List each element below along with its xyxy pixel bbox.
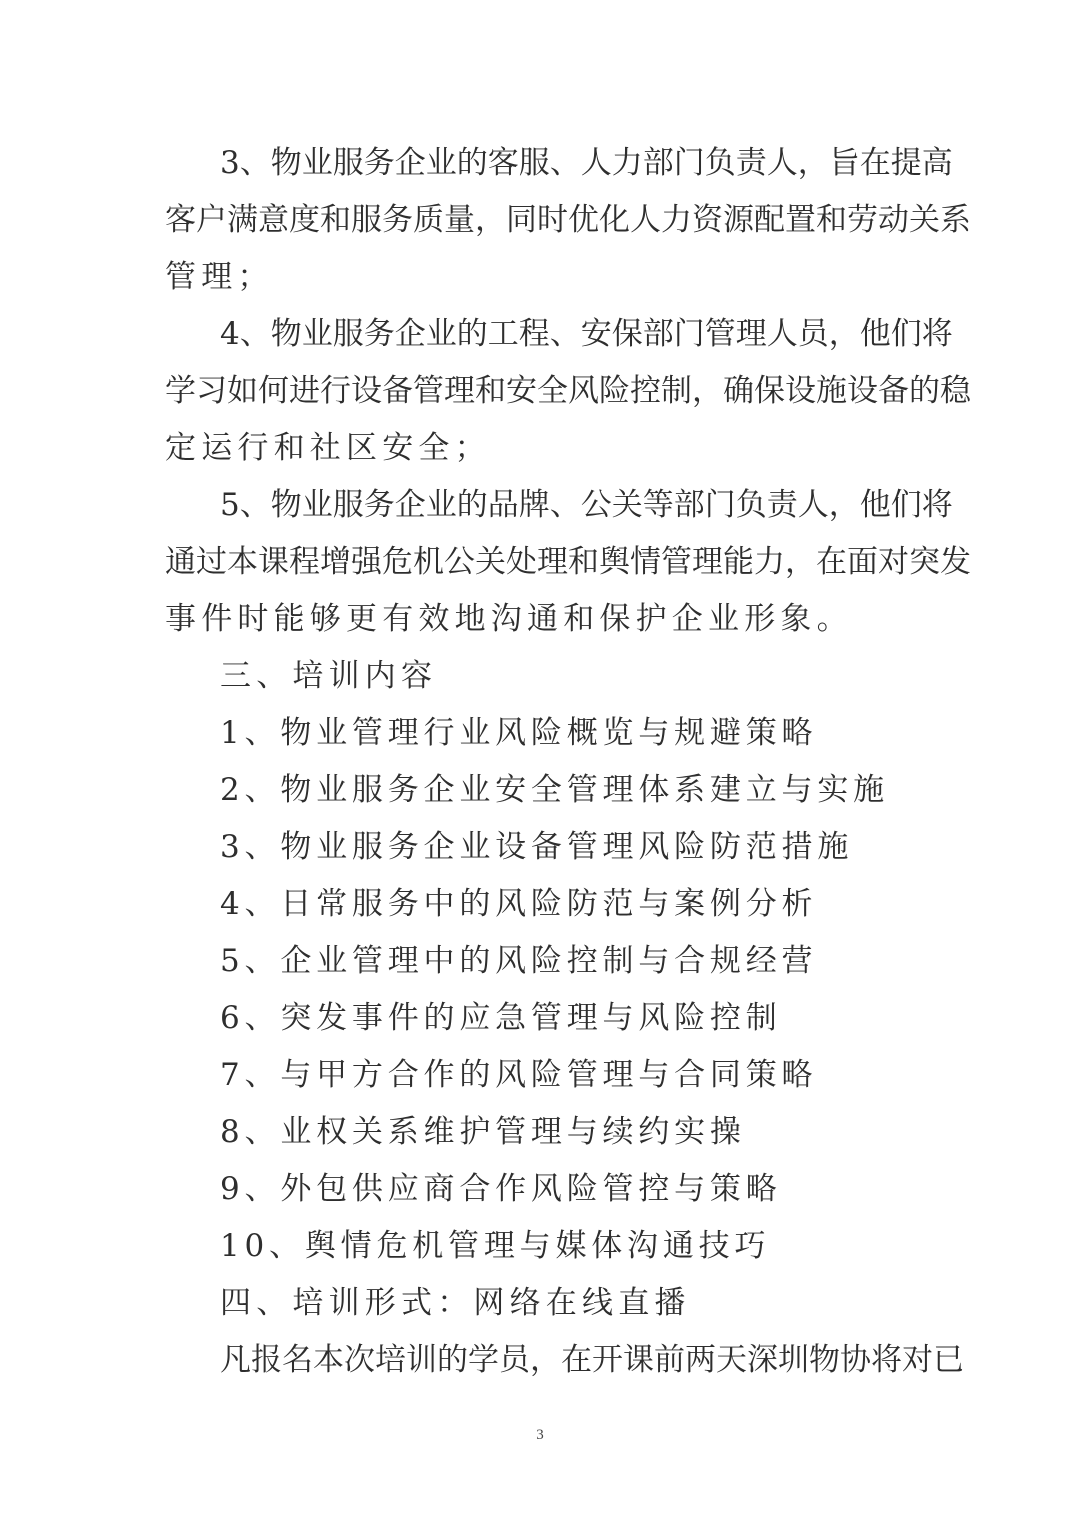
paragraph-5-line-3: 事件时能够更有效地沟通和保护企业形象。 xyxy=(165,599,917,639)
paragraph-4-line-2: 学习如何进行设备管理和安全风险控制，确保设施设备的稳 xyxy=(165,371,915,411)
document-page: 3、物业服务企业的客服、人力部门负责人，旨在提高 客户满意度和服务质量，同时优化… xyxy=(0,0,1080,1527)
page-number: 3 xyxy=(0,1427,1080,1444)
section-four-heading: 四、培训形式：网络在线直播 xyxy=(220,1283,972,1323)
paragraph-3-line-1: 3、物业服务企业的客服、人力部门负责人，旨在提高 xyxy=(220,143,915,183)
training-item-5: 5、企业管理中的风险控制与合规经营 xyxy=(220,941,972,981)
training-item-7: 7、与甲方合作的风险管理与合同策略 xyxy=(220,1055,972,1095)
training-item-4: 4、日常服务中的风险防范与案例分析 xyxy=(220,884,972,924)
training-item-1: 1、物业管理行业风险概览与规避策略 xyxy=(220,713,972,753)
section-four-body-line: 凡报名本次培训的学员，在开课前两天深圳物协将对已 xyxy=(220,1340,915,1380)
paragraph-3-line-3: 管理； xyxy=(165,257,917,297)
training-item-2: 2、物业服务企业安全管理体系建立与实施 xyxy=(220,770,972,810)
training-item-6: 6、突发事件的应急管理与风险控制 xyxy=(220,998,972,1038)
training-item-3: 3、物业服务企业设备管理风险防范措施 xyxy=(220,827,972,867)
paragraph-4-line-1: 4、物业服务企业的工程、安保部门管理人员，他们将 xyxy=(220,314,915,354)
training-item-9: 9、外包供应商合作风险管控与策略 xyxy=(220,1169,972,1209)
paragraph-3-line-2: 客户满意度和服务质量，同时优化人力资源配置和劳动关系 xyxy=(165,200,915,240)
paragraph-5-line-2: 通过本课程增强危机公关处理和舆情管理能力，在面对突发 xyxy=(165,542,915,582)
training-item-8: 8、业权关系维护管理与续约实操 xyxy=(220,1112,972,1152)
paragraph-5-line-1: 5、物业服务企业的品牌、公关等部门负责人，他们将 xyxy=(220,485,915,525)
section-three-heading: 三、培训内容 xyxy=(220,656,972,696)
paragraph-4-line-3: 定运行和社区安全； xyxy=(165,428,917,468)
training-item-10: 10、舆情危机管理与媒体沟通技巧 xyxy=(220,1226,972,1266)
